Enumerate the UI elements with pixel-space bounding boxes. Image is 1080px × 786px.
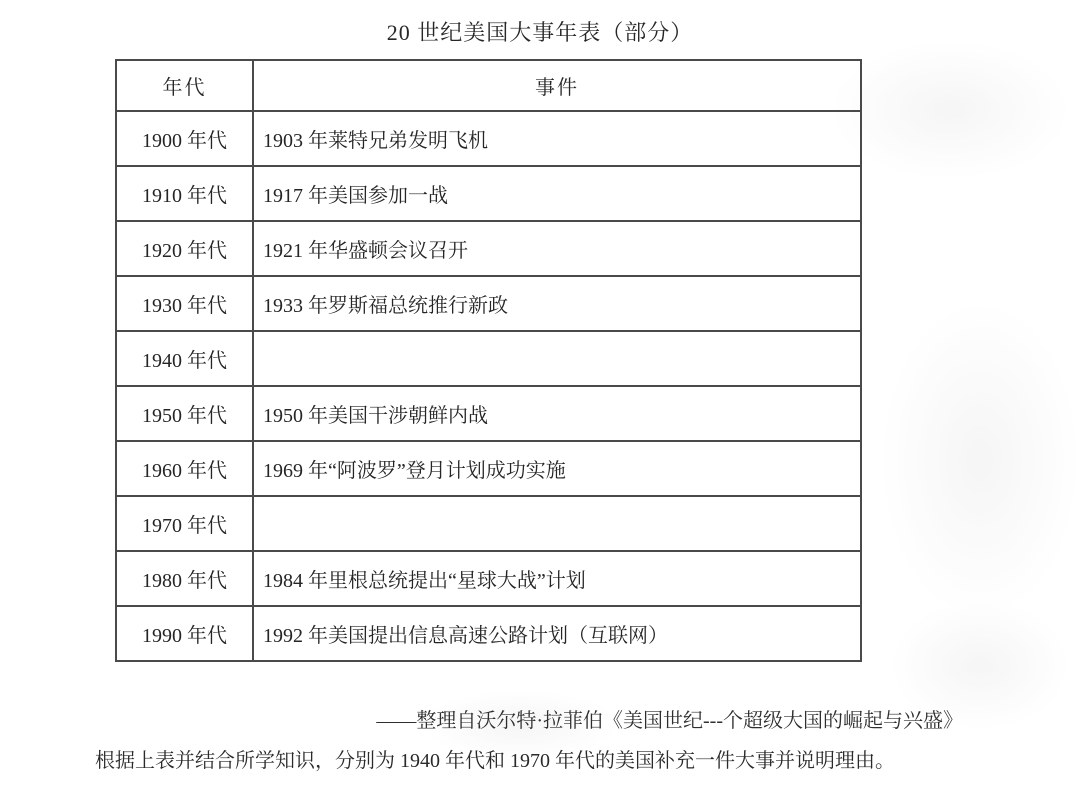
- column-header-decade: 年代: [116, 60, 253, 111]
- scan-artifact: [880, 300, 1080, 620]
- source-attribution: ——整理自沃尔特·拉菲伯《美国世纪---个超级大国的崛起与兴盛》: [376, 704, 963, 733]
- scan-artifact: [830, 40, 1070, 180]
- decade-cell: 1980 年代: [116, 551, 253, 606]
- event-cell: 1933 年罗斯福总统推行新政: [253, 276, 861, 331]
- event-cell: 1969 年“阿波罗”登月计划成功实施: [253, 441, 861, 496]
- event-cell: 1984 年里根总统提出“星球大战”计划: [253, 551, 861, 606]
- event-cell: 1950 年美国干涉朝鲜内战: [253, 386, 861, 441]
- column-header-event: 事件: [253, 60, 861, 111]
- decade-cell: 1940 年代: [116, 331, 253, 386]
- table-row: 1920 年代 1921 年华盛顿会议召开: [116, 221, 861, 276]
- decade-cell: 1900 年代: [116, 111, 253, 166]
- event-cell: 1921 年华盛顿会议召开: [253, 221, 861, 276]
- decade-cell: 1920 年代: [116, 221, 253, 276]
- table-row: 1950 年代 1950 年美国干涉朝鲜内战: [116, 386, 861, 441]
- table-row: 1960 年代 1969 年“阿波罗”登月计划成功实施: [116, 441, 861, 496]
- decade-cell: 1990 年代: [116, 606, 253, 661]
- events-table: 年代 事件 1900 年代 1903 年莱特兄弟发明飞机 1910 年代 191…: [115, 59, 862, 662]
- table-header-row: 年代 事件: [116, 60, 861, 111]
- decade-cell: 1960 年代: [116, 441, 253, 496]
- table-row: 1900 年代 1903 年莱特兄弟发明飞机: [116, 111, 861, 166]
- table-row: 1990 年代 1992 年美国提出信息高速公路计划（互联网）: [116, 606, 861, 661]
- event-cell: 1917 年美国参加一战: [253, 166, 861, 221]
- table-row: 1970 年代: [116, 496, 861, 551]
- page-title: 20 世纪美国大事年表（部分）: [0, 16, 1080, 47]
- table-row: 1980 年代 1984 年里根总统提出“星球大战”计划: [116, 551, 861, 606]
- decade-cell: 1970 年代: [116, 496, 253, 551]
- decade-cell: 1930 年代: [116, 276, 253, 331]
- decade-cell: 1950 年代: [116, 386, 253, 441]
- event-cell: [253, 496, 861, 551]
- decade-cell: 1910 年代: [116, 166, 253, 221]
- table-row: 1940 年代: [116, 331, 861, 386]
- table-row: 1930 年代 1933 年罗斯福总统推行新政: [116, 276, 861, 331]
- event-cell: [253, 331, 861, 386]
- event-cell: 1903 年莱特兄弟发明飞机: [253, 111, 861, 166]
- event-cell: 1992 年美国提出信息高速公路计划（互联网）: [253, 606, 861, 661]
- table-row: 1910 年代 1917 年美国参加一战: [116, 166, 861, 221]
- question-text: 根据上表并结合所学知识，分别为 1940 年代和 1970 年代的美国补充一件大…: [95, 744, 895, 773]
